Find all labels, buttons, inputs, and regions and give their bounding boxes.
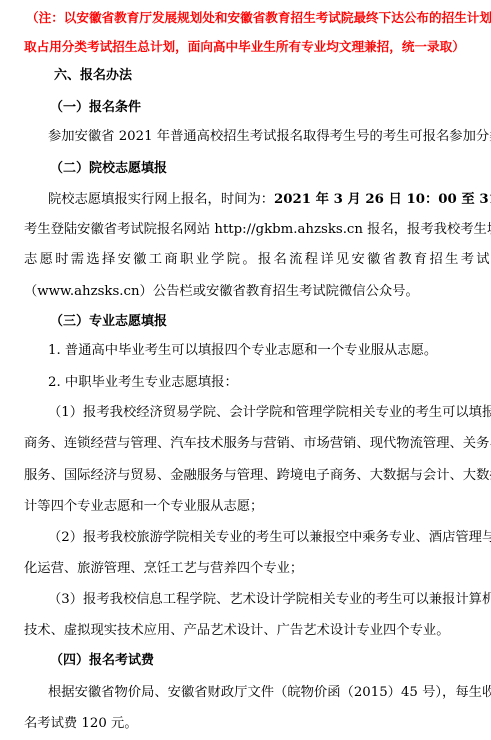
item-vocational: 2. 中职毕业考生专业志愿填报： (48, 375, 238, 391)
paragraph-1-line-2: 商务、连锁经营与管理、汽车技术服务与营销、市场营销、现代物流管理、关务与外贸 (24, 436, 491, 452)
paragraph-website-line: 考生登陆安徽省考试院报名网站 http://gkbm.ahzsks.cn 报名，… (24, 222, 472, 238)
paragraph-conditions: 参加安徽省 2021 年普通高校招生考试报名取得考生号的考生可报名参加分类考试。 (48, 129, 491, 145)
time-range: 2021 年 3 月 26 日 10：00 至 31 日 16：00。 (274, 192, 491, 207)
paragraph-1-line-3: 服务、国际经济与贸易、金融服务与管理、跨境电子商务、大数据与会计、大数据与审 (24, 468, 491, 484)
note-line-1: （注：以安徽省教育厅发展规划处和安徽省教育招生考试院最终下达公布的招生计划为准，… (26, 10, 491, 26)
subsection-title-4: （四）报名考试费 (50, 653, 154, 669)
subsection-title-3: （三）专业志愿填报 (50, 314, 167, 330)
paragraph-2-line-1: （2）报考我校旅游学院相关专业的考生可以兼报空中乘务专业、酒店管理与数字 (48, 530, 491, 546)
subsection-title-2: （二）院校志愿填报 (50, 161, 167, 177)
paragraph-3-line-2: 技术、虚拟现实技术应用、产品艺术设计、广告艺术设计专业四个专业。 (24, 623, 450, 639)
note-line-2: 取占用分类考试招生总计划，面向高中毕业生所有专业均文理兼招，统一录取） (24, 39, 465, 55)
item-high-school: 1. 普通高中毕业考生可以填报四个专业志愿和一个专业服从志愿。 (48, 343, 437, 359)
paragraph-3-line-1: （3）报考我校信息工程学院、艺术设计学院相关专业的考生可以兼报计算机网络 (48, 592, 491, 608)
time-intro: 院校志愿填报实行网上报名，时间为： (48, 192, 274, 207)
paragraph-2-line-2: 化运营、旅游管理、烹饪工艺与营养四个专业； (24, 561, 303, 577)
subsection-title-1: （一）报名条件 (50, 100, 141, 116)
section-title: 六、报名办法 (54, 68, 132, 84)
paragraph-1-line-1: （1）报考我校经济贸易学院、会计学院和管理学院相关专业的考生可以填报电子 (48, 405, 491, 421)
paragraph-fee-line-1: 根据安徽省物价局、安徽省财政厅文件（皖物价函（2015）45 号），每生收取报 (48, 685, 491, 701)
paragraph-fee-line-2: 名考试费 120 元。 (24, 716, 138, 732)
paragraph-notice-line: （www.ahzsks.cn）公告栏或安徽省教育招生考试院微信公众号。 (24, 284, 419, 300)
paragraph-time: 院校志愿填报实行网上报名，时间为：2021 年 3 月 26 日 10：00 至… (48, 192, 491, 208)
paragraph-1-line-4: 计等四个专业志愿和一个专业服从志愿； (24, 499, 263, 515)
paragraph-school-line: 志愿时需选择安徽工商职业学院。报名流程详见安徽省教育招生考试院网站 (24, 252, 472, 268)
